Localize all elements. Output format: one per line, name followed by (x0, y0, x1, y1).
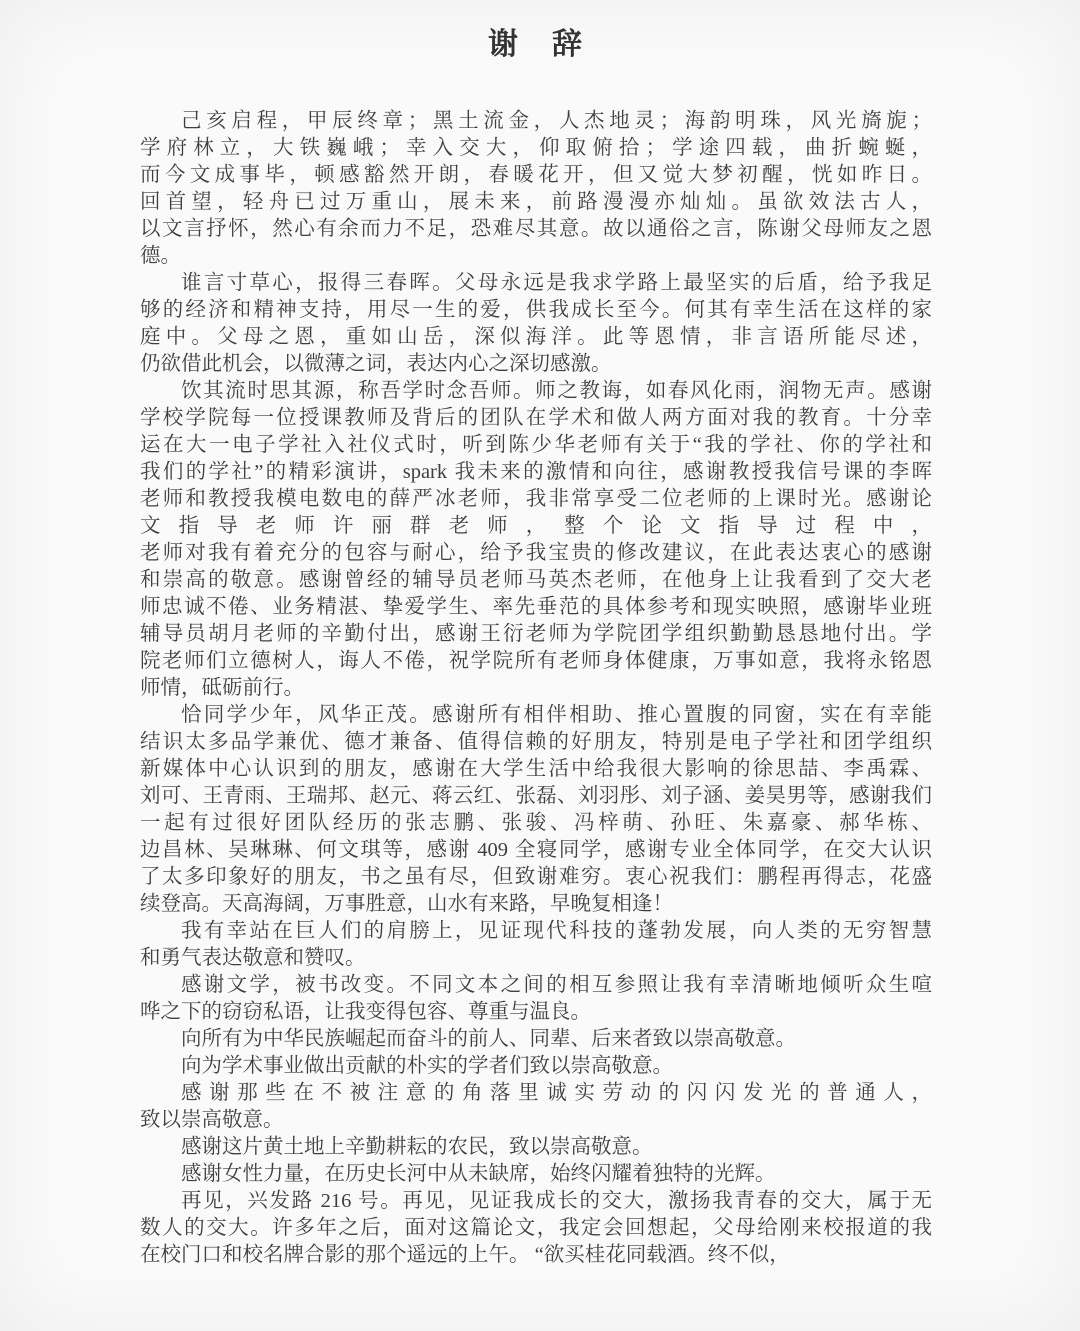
paragraph: 感谢那些在不被注意的角落里诚实劳动的闪闪发光的普通人，致以崇高敬意。 (140, 1080, 932, 1134)
text-line: 一起有过很好团队经历的张志鹏、张骏、冯梓萌、孙旺、朱嘉豪、郝华栋、 (140, 810, 932, 837)
paragraph: 感谢女性力量，在历史长河中从未缺席，始终闪耀着独特的光辉。 (140, 1161, 932, 1188)
text-line: 庭中。父母之恩，重如山岳，深似海洋。此等恩情，非言语所能尽述， (140, 324, 932, 351)
page-title: 谢 辞 (140, 26, 932, 64)
thesis-page: 谢 辞 己亥启程，甲辰终章；黑土流金，人杰地灵；海韵明珠，风光旖旎；学府林立，大… (0, 0, 1080, 1331)
text-line: 回首望，轻舟已过万重山，展未来，前路漫漫亦灿灿。虽欲效法古人， (140, 189, 932, 216)
text-line: 谁言寸草心，报得三春晖。父母永远是我求学路上最坚实的后盾，给予我足 (140, 270, 932, 297)
text-line: 饮其流时思其源，称吾学时念吾师。师之教诲，如春风化雨，润物无声。感谢 (140, 378, 932, 405)
text-line: 辅导员胡月老师的辛勤付出，感谢王衍老师为学院团学组织勤勤恳恳地付出。学 (140, 621, 932, 648)
text-line: 致以崇高敬意。 (140, 1107, 932, 1134)
text-line: 续登高。天高海阔，万事胜意，山水有来路，早晚复相逢！ (140, 891, 932, 918)
document-body: 己亥启程，甲辰终章；黑土流金，人杰地灵；海韵明珠，风光旖旎；学府林立，大铁巍峨；… (140, 108, 932, 1269)
paragraph: 恰同学少年，风华正茂。感谢所有相伴相助、推心置腹的同窗，实在有幸能结识太多品学兼… (140, 702, 932, 918)
text-line: 结识太多品学兼优、德才兼备、值得信赖的好朋友，特别是电子学社和团学组织 (140, 729, 932, 756)
text-line: 感谢文学，被书改变。不同文本之间的相互参照让我有幸清晰地倾听众生喧 (140, 972, 932, 999)
text-line: 新媒体中心认识到的朋友，感谢在大学生活中给我很大影响的徐思喆、李禹霖、 (140, 756, 932, 783)
text-line: 我有幸站在巨人们的肩膀上，见证现代科技的蓬勃发展，向人类的无穷智慧 (140, 918, 932, 945)
text-line: 和勇气表达敬意和赞叹。 (140, 945, 932, 972)
text-line: 师情，砥砺前行。 (140, 675, 932, 702)
text-line: 师忠诚不倦、业务精湛、挚爱学生、率先垂范的具体参考和现实映照，感谢毕业班 (140, 594, 932, 621)
paragraph: 向所有为中华民族崛起而奋斗的前人、同辈、后来者致以崇高敬意。 (140, 1026, 932, 1053)
text-line: 恰同学少年，风华正茂。感谢所有相伴相助、推心置腹的同窗，实在有幸能 (140, 702, 932, 729)
text-line: 仍欲借此机会，以微薄之词，表达内心之深切感激。 (140, 351, 932, 378)
text-line: 数人的交大。许多年之后，面对这篇论文，我定会回想起，父母给刚来校报道的我 (140, 1215, 932, 1242)
paragraph: 再见，兴发路 216 号。再见，见证我成长的交大，激扬我青春的交大，属于无数人的… (140, 1188, 932, 1269)
paragraph: 感谢这片黄土地上辛勤耕耘的农民，致以崇高敬意。 (140, 1134, 932, 1161)
text-line: 院老师们立德树人，诲人不倦，祝学院所有老师身体健康，万事如意，我将永铭恩 (140, 648, 932, 675)
text-line: 老师对我有着充分的包容与耐心，给予我宝贵的修改建议，在此表达衷心的感谢 (140, 540, 932, 567)
text-line: 向为学术事业做出贡献的朴实的学者们致以崇高敬意。 (140, 1053, 932, 1080)
paragraph: 谁言寸草心，报得三春晖。父母永远是我求学路上最坚实的后盾，给予我足够的经济和精神… (140, 270, 932, 378)
text-line: 学府林立，大铁巍峨；幸入交大，仰取俯拾；学途四载，曲折蜿蜒， (140, 135, 932, 162)
text-line: 在校门口和校名牌合影的那个遥远的上午。 “欲买桂花同载酒。终不似， (140, 1242, 932, 1269)
paragraph: 向为学术事业做出贡献的朴实的学者们致以崇高敬意。 (140, 1053, 932, 1080)
paragraph: 己亥启程，甲辰终章；黑土流金，人杰地灵；海韵明珠，风光旖旎；学府林立，大铁巍峨；… (140, 108, 932, 270)
text-line: 我们的学社”的精彩演讲，spark 我未来的激情和向往，感谢教授我信号课的李晖 (140, 459, 932, 486)
text-line: 再见，兴发路 216 号。再见，见证我成长的交大，激扬我青春的交大，属于无 (140, 1188, 932, 1215)
paragraph: 饮其流时思其源，称吾学时念吾师。师之教诲，如春风化雨，润物无声。感谢学校学院每一… (140, 378, 932, 702)
text-line: 而今文成事毕，顿感豁然开朗，春暖花开，但又觉大梦初醒，恍如昨日。 (140, 162, 932, 189)
text-line: 老师和教授我模电数电的薛严冰老师，我非常享受二位老师的上课时光。感谢论 (140, 486, 932, 513)
text-line: 哗之下的窃窃私语，让我变得包容、尊重与温良。 (140, 999, 932, 1026)
paragraph: 我有幸站在巨人们的肩膀上，见证现代科技的蓬勃发展，向人类的无穷智慧和勇气表达敬意… (140, 918, 932, 972)
text-line: 运在大一电子学社入社仪式时，听到陈少华老师有关于“我的学社、你的学社和 (140, 432, 932, 459)
text-line: 感谢那些在不被注意的角落里诚实劳动的闪闪发光的普通人， (140, 1080, 932, 1107)
text-line: 德。 (140, 243, 932, 270)
text-line: 感谢这片黄土地上辛勤耕耘的农民，致以崇高敬意。 (140, 1134, 932, 1161)
text-line: 了太多印象好的朋友，书之虽有尽，但致谢难穷。衷心祝我们：鹏程再得志，花盛 (140, 864, 932, 891)
text-line: 文指导老师许丽群老师，整个论文指导过程中， (140, 513, 932, 540)
text-line: 以文言抒怀，然心有余而力不足，恐难尽其意。故以通俗之言，陈谢父母师友之恩 (140, 216, 932, 243)
text-line: 己亥启程，甲辰终章；黑土流金，人杰地灵；海韵明珠，风光旖旎； (140, 108, 932, 135)
paragraph: 感谢文学，被书改变。不同文本之间的相互参照让我有幸清晰地倾听众生喧哗之下的窃窃私… (140, 972, 932, 1026)
text-line: 够的经济和精神支持，用尽一生的爱，供我成长至今。何其有幸生活在这样的家 (140, 297, 932, 324)
text-line: 边昌林、吴琳琳、何文琪等，感谢 409 全寝同学，感谢专业全体同学，在交大认识 (140, 837, 932, 864)
text-line: 学校学院每一位授课教师及背后的团队在学术和做人两方面对我的教育。十分幸 (140, 405, 932, 432)
text-line: 刘可、王青雨、王瑞邦、赵元、蒋云红、张磊、刘羽彤、刘子涵、姜昊男等，感谢我们 (140, 783, 932, 810)
text-line: 向所有为中华民族崛起而奋斗的前人、同辈、后来者致以崇高敬意。 (140, 1026, 932, 1053)
text-line: 和崇高的敬意。感谢曾经的辅导员老师马英杰老师，在他身上让我看到了交大老 (140, 567, 932, 594)
text-line: 感谢女性力量，在历史长河中从未缺席，始终闪耀着独特的光辉。 (140, 1161, 932, 1188)
